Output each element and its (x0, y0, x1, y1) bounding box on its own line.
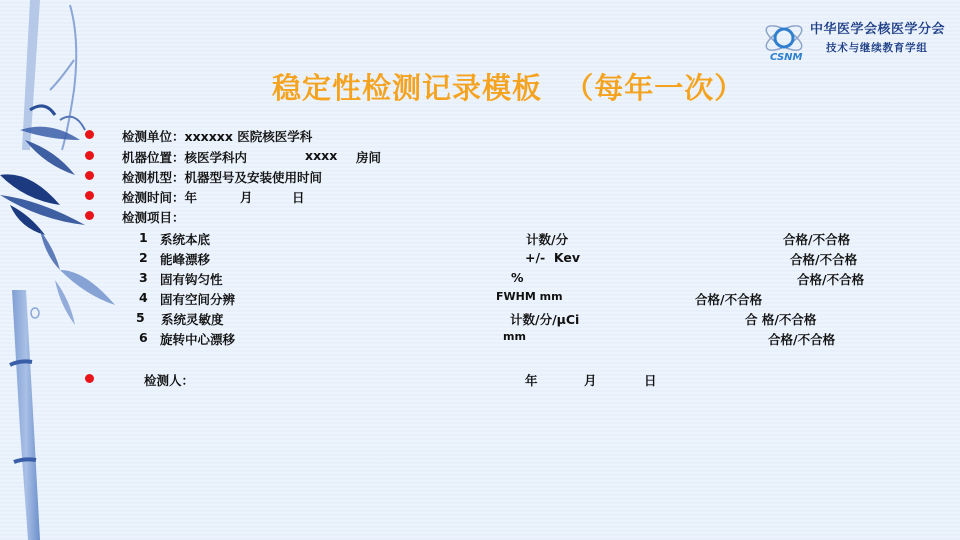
info-room-label: 房间 (356, 148, 381, 166)
inspector-label: 检测人： (144, 371, 194, 389)
info-label: 机器位置： (122, 150, 185, 165)
test-item-name: 系统本底 (160, 230, 210, 248)
info-day: 日 (292, 188, 305, 206)
test-item-unit: +/- Kev (525, 250, 580, 265)
info-value: 机器型号及安装使用时间 (185, 170, 323, 185)
logo-name: 中华医学会核医学分会 (810, 18, 945, 37)
test-item-name: 能峰漂移 (160, 250, 210, 268)
test-item-unit: 计数/分/μCi (510, 310, 579, 328)
inspector-month: 月 (584, 371, 597, 389)
test-item-result: 合格/不合格 (790, 250, 857, 268)
info-location: 机器位置：核医学科内 (122, 148, 247, 166)
test-item-name: 固有钩匀性 (160, 270, 223, 288)
bullet-icon (85, 171, 94, 180)
info-label: 检测机型： (122, 170, 185, 185)
test-item-unit: 计数/分 (526, 230, 568, 248)
test-item-result: 合格/不合格 (695, 290, 762, 308)
test-item-result: 合格/不合格 (768, 330, 835, 348)
info-time: 检测时间：年 (122, 188, 197, 206)
logo-subtitle: 技术与继续教育学组 (826, 40, 928, 55)
bullet-icon (85, 211, 94, 220)
page-title: 稳定性检测记录模板 （每年一次） (272, 66, 744, 107)
csnm-logo: CSNM 中华医学会核医学分会 技术与继续教育学组 (758, 14, 958, 66)
info-value: 核医学科内 (185, 150, 248, 165)
test-item-num: 3 (139, 270, 148, 285)
test-item-num: 2 (139, 250, 148, 265)
test-item-result: 合格/不合格 (783, 230, 850, 248)
test-item-unit: % (511, 270, 524, 285)
info-value: xxxxxx 医院核医学科 (185, 129, 313, 144)
inspector-day: 日 (644, 371, 657, 389)
test-item-num: 1 (139, 230, 148, 245)
test-item-unit: mm (503, 330, 526, 343)
test-item-name: 系统灵敏度 (161, 310, 224, 328)
inspector-year: 年 (525, 371, 538, 389)
info-label: 检测单位： (122, 129, 185, 144)
test-item-unit: FWHM mm (496, 290, 563, 303)
bullet-icon (85, 374, 94, 383)
bamboo-decoration-image (0, 0, 150, 540)
bullet-icon (85, 151, 94, 160)
test-item-num: 5 (136, 310, 145, 325)
info-month: 月 (240, 188, 253, 206)
info-unit: 检测单位：xxxxxx 医院核医学科 (122, 127, 312, 145)
test-item-name: 固有空间分辨 (160, 290, 235, 308)
test-item-num: 4 (139, 290, 148, 305)
test-item-num: 6 (139, 330, 148, 345)
info-year: 年 (185, 190, 198, 205)
test-item-result: 合 格/不合格 (745, 310, 816, 328)
test-item-result: 合格/不合格 (797, 270, 864, 288)
atom-emblem-icon: CSNM (760, 16, 810, 64)
info-room-number: xxxx (305, 148, 337, 163)
test-item-name: 旋转中心漂移 (160, 330, 235, 348)
info-items-heading: 检测项目： (122, 208, 185, 226)
bullet-icon (85, 191, 94, 200)
bullet-icon (85, 130, 94, 139)
info-model: 检测机型：机器型号及安装使用时间 (122, 168, 322, 186)
svg-text:CSNM: CSNM (770, 52, 803, 63)
info-label: 检测时间： (122, 190, 185, 205)
